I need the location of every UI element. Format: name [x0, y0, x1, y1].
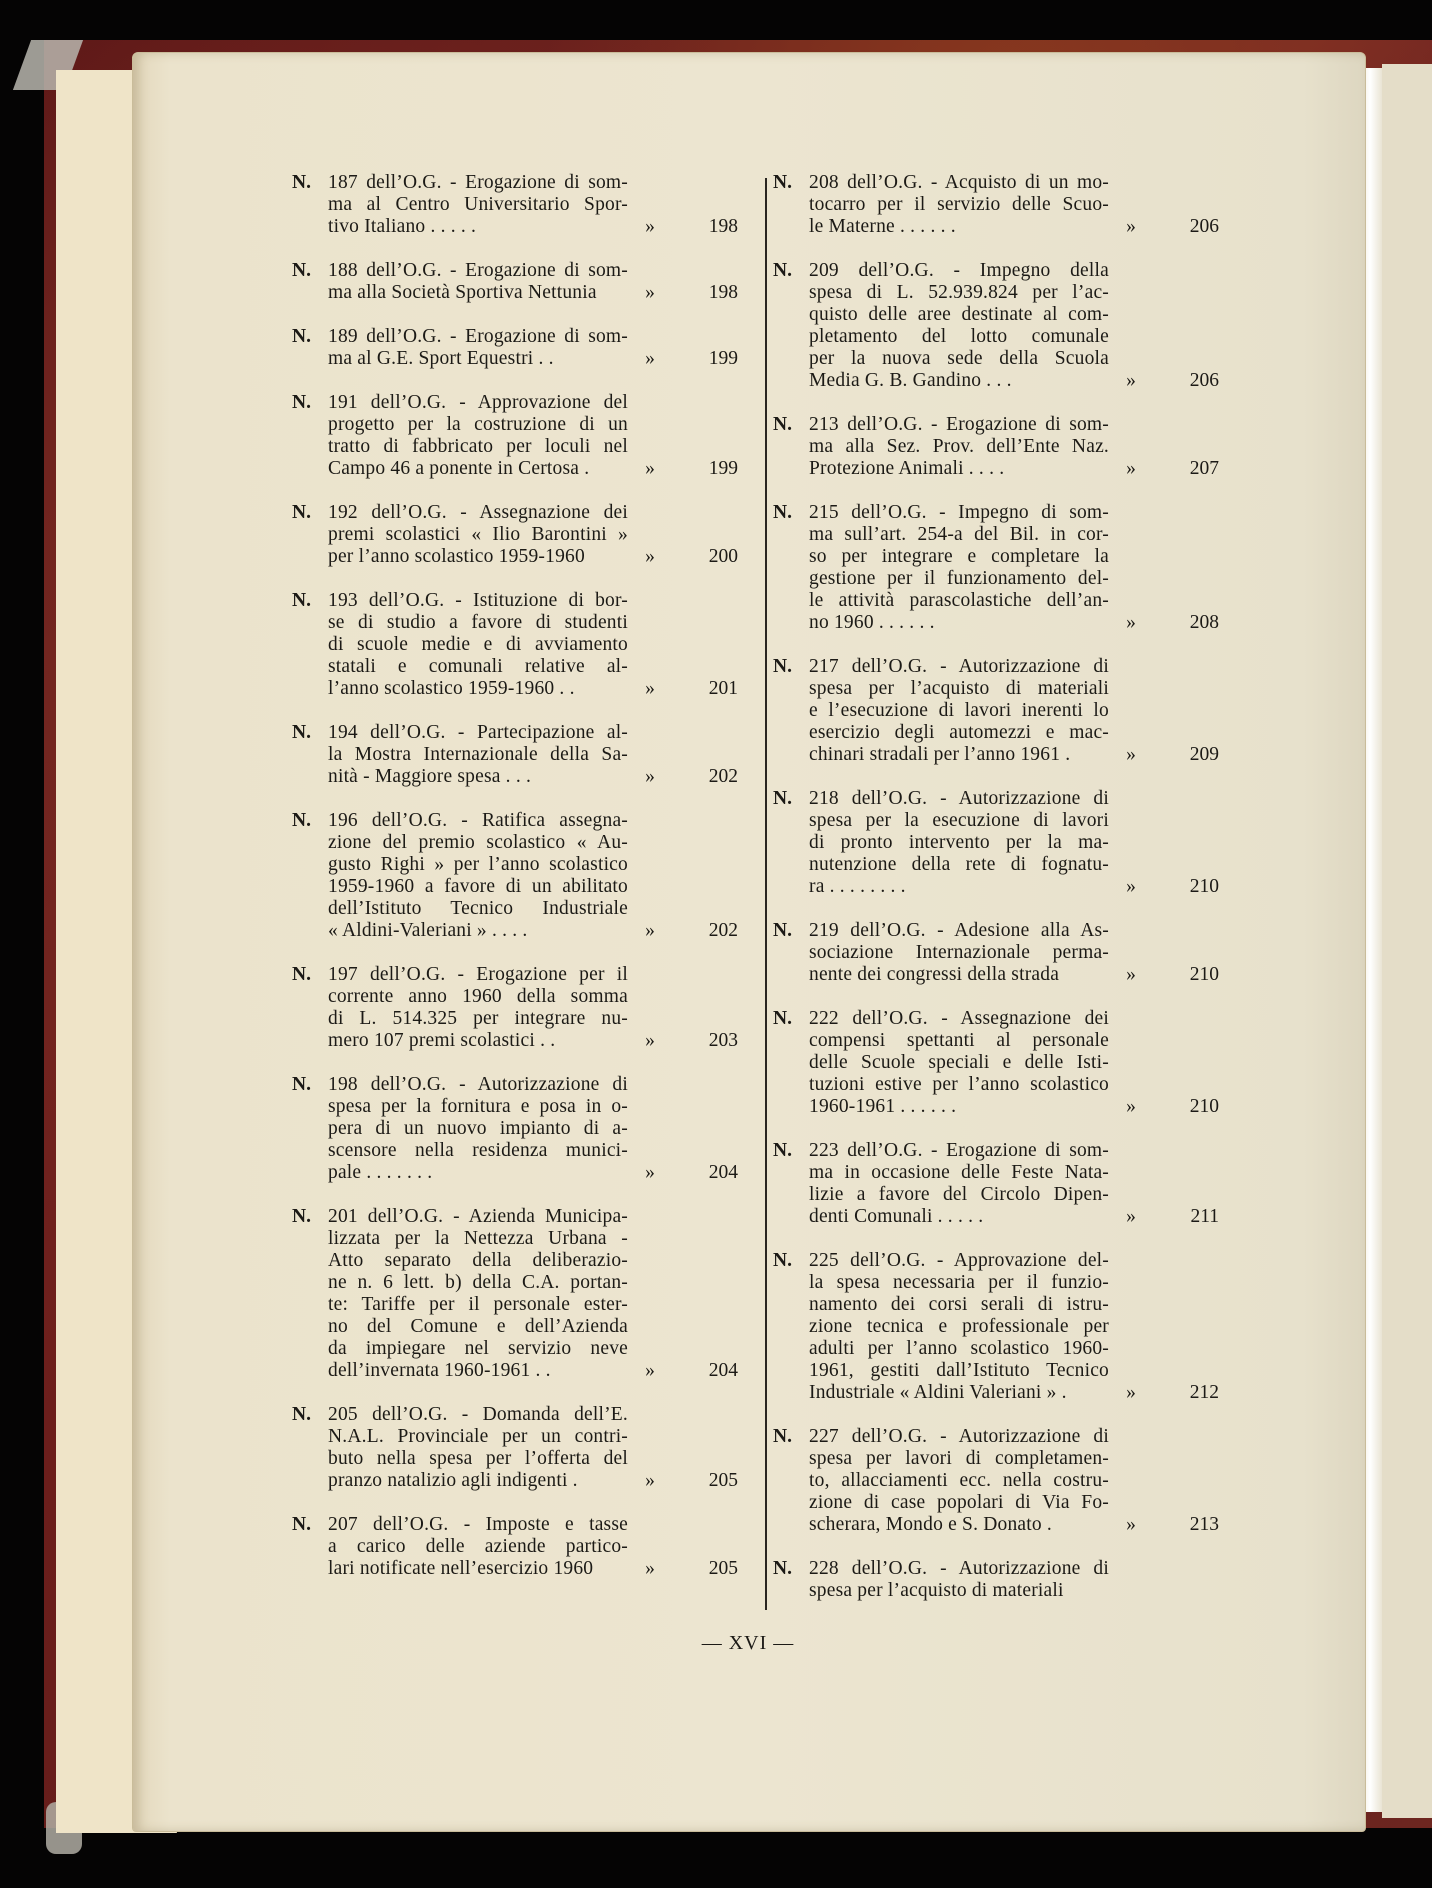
- entry-line: pale . . . . . . .: [328, 1162, 628, 1184]
- entry-line: le attività parascolastiche dell’an-: [809, 590, 1109, 612]
- entry-description: 215 dell’O.G. - Impegno di som-ma sull’a…: [809, 502, 1109, 634]
- index-entry: N.227 dell’O.G. - Autorizzazione dispesa…: [773, 1426, 1243, 1536]
- entry-line: per l’anno scolastico 1959-1960: [328, 546, 628, 568]
- entry-description: 218 dell’O.G. - Autorizzazione dispesa p…: [809, 788, 1109, 898]
- index-entry: N.207 dell’O.G. - Imposte e tassea caric…: [292, 1514, 762, 1580]
- entry-line: lizzata per la Nettezza Urbana -: [328, 1228, 628, 1250]
- entry-line: to, allacciamenti ecc. nella costru-: [809, 1470, 1109, 1492]
- entry-line: 188 dell’O.G. - Erogazione di som-: [328, 260, 628, 282]
- ditto-mark: »: [628, 348, 672, 370]
- entry-page-number: 210: [1153, 876, 1223, 898]
- index-column-right: N.208 dell’O.G. - Acquisto di un mo-toca…: [773, 172, 1243, 1624]
- entry-description: 189 dell’O.G. - Erogazione di som-ma al …: [328, 326, 628, 370]
- ditto-mark: »: [628, 1470, 672, 1492]
- entry-line: compensi spettanti al personale: [809, 1030, 1109, 1052]
- index-entry: N.189 dell’O.G. - Erogazione di som-ma a…: [292, 326, 762, 370]
- entry-description: 192 dell’O.G. - Assegnazione deipremi sc…: [328, 502, 628, 568]
- entry-line: dell’Istituto Tecnico Industriale: [328, 898, 628, 920]
- entry-line: ma al Centro Universitario Spor-: [328, 194, 628, 216]
- entry-page-number: 210: [1153, 964, 1223, 986]
- index-entry: N.222 dell’O.G. - Assegnazione deicompen…: [773, 1008, 1243, 1118]
- entry-page-number: 206: [1153, 216, 1223, 238]
- index-entry: N.205 dell’O.G. - Domanda dell’E.N.A.L. …: [292, 1404, 762, 1492]
- index-entry: N.197 dell’O.G. - Erogazione per ilcorre…: [292, 964, 762, 1052]
- ditto-mark: »: [1109, 370, 1153, 392]
- entry-line: te: Tariffe per il personale ester-: [328, 1294, 628, 1316]
- entry-line: 209 dell’O.G. - Impegno della: [809, 260, 1109, 282]
- entry-page-number: 211: [1153, 1206, 1223, 1228]
- entry-line: di pronto intervento per la ma-: [809, 832, 1109, 854]
- ditto-mark: »: [1109, 964, 1153, 986]
- entry-line: ma sull’art. 254-a del Bil. in cor-: [809, 524, 1109, 546]
- entry-description: 227 dell’O.G. - Autorizzazione dispesa p…: [809, 1426, 1109, 1536]
- page-folio: — XVI —: [132, 1632, 1364, 1655]
- entry-line: adulti per l’anno scolastico 1960-: [809, 1338, 1109, 1360]
- index-column-left: N.187 dell’O.G. - Erogazione di som-ma a…: [292, 172, 762, 1602]
- ditto-mark: »: [1109, 1382, 1153, 1404]
- entry-line: scensore nella residenza munici-: [328, 1140, 628, 1162]
- entry-number-prefix: N.: [773, 1140, 809, 1228]
- column-divider: [765, 178, 767, 1610]
- entry-number-prefix: N.: [773, 1250, 809, 1404]
- entry-number-prefix: N.: [292, 722, 328, 788]
- entry-description: 208 dell’O.G. - Acquisto di un mo-tocarr…: [809, 172, 1109, 238]
- entry-number-prefix: N.: [292, 590, 328, 700]
- entry-page-number: 199: [672, 348, 742, 370]
- index-entry: N.215 dell’O.G. - Impegno di som-ma sull…: [773, 502, 1243, 634]
- entry-page-number: 198: [672, 282, 742, 304]
- ditto-mark: »: [1109, 744, 1153, 766]
- index-entry: N.198 dell’O.G. - Autorizzazione dispesa…: [292, 1074, 762, 1184]
- entry-line: pera di un nuovo impianto di a-: [328, 1118, 628, 1140]
- entry-number-prefix: N.: [292, 172, 328, 238]
- entry-line: 205 dell’O.G. - Domanda dell’E.: [328, 1404, 628, 1426]
- entry-description: 205 dell’O.G. - Domanda dell’E.N.A.L. Pr…: [328, 1404, 628, 1492]
- entry-line: so per integrare e completare la: [809, 546, 1109, 568]
- entry-page-number: 210: [1153, 1096, 1223, 1118]
- ditto-mark: »: [1109, 1206, 1153, 1228]
- entry-line: statali e comunali relative al-: [328, 656, 628, 678]
- entry-line: zione del premio scolastico « Au-: [328, 832, 628, 854]
- entry-line: pranzo natalizio agli indigenti .: [328, 1470, 628, 1492]
- entry-page-number: 205: [672, 1470, 742, 1492]
- entry-line: 208 dell’O.G. - Acquisto di un mo-: [809, 172, 1109, 194]
- index-entry: N.187 dell’O.G. - Erogazione di som-ma a…: [292, 172, 762, 238]
- ditto-mark: »: [628, 920, 672, 942]
- entry-line: mero 107 premi scolastici . .: [328, 1030, 628, 1052]
- entry-line: delle Scuole speciali e delle Isti-: [809, 1052, 1109, 1074]
- entry-number-prefix: N.: [773, 1558, 809, 1602]
- entry-line: 194 dell’O.G. - Partecipazione al-: [328, 722, 628, 744]
- entry-number-prefix: N.: [773, 172, 809, 238]
- entry-description: 193 dell’O.G. - Istituzione di bor-se di…: [328, 590, 628, 700]
- entry-line: l’anno scolastico 1959-1960 . .: [328, 678, 628, 700]
- entry-page-number: 198: [672, 216, 742, 238]
- entry-line: zione tecnica e professionale per: [809, 1316, 1109, 1338]
- entry-description: 223 dell’O.G. - Erogazione di som-ma in …: [809, 1140, 1109, 1228]
- entry-description: 217 dell’O.G. - Autorizzazione dispesa p…: [809, 656, 1109, 766]
- entry-line: le Materne . . . . . .: [809, 216, 1109, 238]
- entry-line: zione di case popolari di Via Fo-: [809, 1492, 1109, 1514]
- entry-line: dell’invernata 1960-1961 . .: [328, 1360, 628, 1382]
- entry-line: 196 dell’O.G. - Ratifica assegna-: [328, 810, 628, 832]
- entry-line: 189 dell’O.G. - Erogazione di som-: [328, 326, 628, 348]
- entry-line: 1961, gestiti dall’Istituto Tecnico: [809, 1360, 1109, 1382]
- entry-line: no del Comune e dell’Azienda: [328, 1316, 628, 1338]
- ditto-mark: »: [1109, 1514, 1153, 1536]
- entry-line: Atto separato della deliberazio-: [328, 1250, 628, 1272]
- index-entry: N.223 dell’O.G. - Erogazione di som-ma i…: [773, 1140, 1243, 1228]
- entry-line: spesa per la fornitura e posa in o-: [328, 1096, 628, 1118]
- ditto-mark: »: [628, 678, 672, 700]
- entry-line: tuzioni estive per l’anno scolastico: [809, 1074, 1109, 1096]
- entry-line: ma alla Società Sportiva Nettunia: [328, 282, 628, 304]
- entry-line: premi scolastici « Ilio Barontini »: [328, 524, 628, 546]
- index-entry: N.219 dell’O.G. - Adesione alla As-socia…: [773, 920, 1243, 986]
- entry-line: ra . . . . . . . .: [809, 876, 1109, 898]
- entry-page-number: 200: [672, 546, 742, 568]
- entry-line: namento dei corsi serali di istru-: [809, 1294, 1109, 1316]
- entry-description: 188 dell’O.G. - Erogazione di som-ma all…: [328, 260, 628, 304]
- entry-line: ma al G.E. Sport Equestri . .: [328, 348, 628, 370]
- entry-line: 191 dell’O.G. - Approvazione del: [328, 392, 628, 414]
- entry-page-number: 205: [672, 1558, 742, 1580]
- entry-line: 1960-1961 . . . . . .: [809, 1096, 1109, 1118]
- entry-line: 187 dell’O.G. - Erogazione di som-: [328, 172, 628, 194]
- index-entry: N.194 dell’O.G. - Partecipazione al-la M…: [292, 722, 762, 788]
- entry-page-number: 199: [672, 458, 742, 480]
- ditto-mark: »: [628, 458, 672, 480]
- entry-line: 222 dell’O.G. - Assegnazione dei: [809, 1008, 1109, 1030]
- entry-line: tocarro per il servizio delle Scuo-: [809, 194, 1109, 216]
- entry-line: N.A.L. Provinciale per un contri-: [328, 1426, 628, 1448]
- ditto-mark: »: [1109, 876, 1153, 898]
- entry-line: da impiegare nel servizio neve: [328, 1338, 628, 1360]
- entry-page-number: 204: [672, 1162, 742, 1184]
- entry-page-number: 207: [1153, 458, 1223, 480]
- entry-line: quisto delle aree destinate al com-: [809, 304, 1109, 326]
- entry-number-prefix: N.: [773, 920, 809, 986]
- index-entry: N.192 dell’O.G. - Assegnazione deipremi …: [292, 502, 762, 568]
- entry-description: 209 dell’O.G. - Impegno dellaspesa di L.…: [809, 260, 1109, 392]
- entry-number-prefix: N.: [292, 1404, 328, 1492]
- ditto-mark: »: [1109, 612, 1153, 634]
- entry-page-number: 206: [1153, 370, 1223, 392]
- index-entry: N.201 dell’O.G. - Azienda Municipa-lizza…: [292, 1206, 762, 1382]
- entry-line: « Aldini-Valeriani » . . . .: [328, 920, 628, 942]
- entry-line: a carico delle aziende partico-: [328, 1536, 628, 1558]
- index-entry: N.193 dell’O.G. - Istituzione di bor-se …: [292, 590, 762, 700]
- entry-line: 218 dell’O.G. - Autorizzazione di: [809, 788, 1109, 810]
- entry-number-prefix: N.: [292, 260, 328, 304]
- entry-description: 213 dell’O.G. - Erogazione di som-ma all…: [809, 414, 1109, 480]
- entry-line: di L. 514.325 per integrare nu-: [328, 1008, 628, 1030]
- entry-line: sociazione Internazionale perma-: [809, 942, 1109, 964]
- entry-line: 201 dell’O.G. - Azienda Municipa-: [328, 1206, 628, 1228]
- index-entry: N.228 dell’O.G. - Autorizzazione dispesa…: [773, 1558, 1243, 1602]
- entry-description: 187 dell’O.G. - Erogazione di som-ma al …: [328, 172, 628, 238]
- entry-number-prefix: N.: [292, 810, 328, 942]
- entry-line: 228 dell’O.G. - Autorizzazione di: [809, 1558, 1109, 1580]
- entry-line: Industriale « Aldini Valeriani » .: [809, 1382, 1109, 1404]
- ditto-mark: »: [628, 546, 672, 568]
- ditto-mark: »: [628, 282, 672, 304]
- index-entry: N.209 dell’O.G. - Impegno dellaspesa di …: [773, 260, 1243, 392]
- entry-line: di scuole medie e di avviamento: [328, 634, 628, 656]
- entry-description: 191 dell’O.G. - Approvazione delprogetto…: [328, 392, 628, 480]
- entry-number-prefix: N.: [292, 1514, 328, 1580]
- entry-number-prefix: N.: [773, 1008, 809, 1118]
- entry-number-prefix: N.: [773, 1426, 809, 1536]
- entry-description: 222 dell’O.G. - Assegnazione deicompensi…: [809, 1008, 1109, 1118]
- entry-line: progetto per la costruzione di un: [328, 414, 628, 436]
- entry-number-prefix: N.: [292, 1206, 328, 1382]
- entry-line: 227 dell’O.G. - Autorizzazione di: [809, 1426, 1109, 1448]
- entry-line: denti Comunali . . . . .: [809, 1206, 1109, 1228]
- entry-number-prefix: N.: [773, 260, 809, 392]
- ditto-mark: »: [628, 216, 672, 238]
- entry-line: spesa di L. 52.939.824 per l’ac-: [809, 282, 1109, 304]
- entry-line: corrente anno 1960 della somma: [328, 986, 628, 1008]
- entry-description: 207 dell’O.G. - Imposte e tassea carico …: [328, 1514, 628, 1580]
- entry-line: esercizio degli automezzi e mac-: [809, 722, 1109, 744]
- entry-line: chinari stradali per l’anno 1961 .: [809, 744, 1109, 766]
- entry-line: 192 dell’O.G. - Assegnazione dei: [328, 502, 628, 524]
- entry-page-number: 204: [672, 1360, 742, 1382]
- entry-line: 193 dell’O.G. - Istituzione di bor-: [328, 590, 628, 612]
- entry-line: spesa per lavori di completamen-: [809, 1448, 1109, 1470]
- entry-description: 196 dell’O.G. - Ratifica assegna-zione d…: [328, 810, 628, 942]
- entry-line: 198 dell’O.G. - Autorizzazione di: [328, 1074, 628, 1096]
- index-entry: N.217 dell’O.G. - Autorizzazione dispesa…: [773, 656, 1243, 766]
- entry-line: nità - Maggiore spesa . . .: [328, 766, 628, 788]
- entry-line: no 1960 . . . . . .: [809, 612, 1109, 634]
- entry-line: la Mostra Internazionale della Sa-: [328, 744, 628, 766]
- facing-page-edge: [1382, 64, 1432, 1818]
- entry-line: 1959-1960 a favore di un abilitato: [328, 876, 628, 898]
- ditto-mark: »: [628, 1162, 672, 1184]
- ditto-mark: »: [628, 1030, 672, 1052]
- entry-description: 198 dell’O.G. - Autorizzazione dispesa p…: [328, 1074, 628, 1184]
- entry-line: spesa per l’acquisto di materiali: [809, 1580, 1109, 1602]
- entry-description: 219 dell’O.G. - Adesione alla As-sociazi…: [809, 920, 1109, 986]
- index-entry: N.188 dell’O.G. - Erogazione di som-ma a…: [292, 260, 762, 304]
- entry-number-prefix: N.: [773, 656, 809, 766]
- entry-description: 194 dell’O.G. - Partecipazione al-la Mos…: [328, 722, 628, 788]
- index-entry: N.218 dell’O.G. - Autorizzazione dispesa…: [773, 788, 1243, 898]
- entry-page-number: 213: [1153, 1514, 1223, 1536]
- entry-line: gestione per il funzionamento del-: [809, 568, 1109, 590]
- entry-line: pletamento del lotto comunale: [809, 326, 1109, 348]
- entry-line: 217 dell’O.G. - Autorizzazione di: [809, 656, 1109, 678]
- ditto-mark: »: [628, 766, 672, 788]
- entry-description: 201 dell’O.G. - Azienda Municipa-lizzata…: [328, 1206, 628, 1382]
- entry-line: ma alla Sez. Prov. dell’Ente Naz.: [809, 436, 1109, 458]
- entry-line: 215 dell’O.G. - Impegno di som-: [809, 502, 1109, 524]
- entry-page-number: 202: [672, 766, 742, 788]
- index-entry: N.213 dell’O.G. - Erogazione di som-ma a…: [773, 414, 1243, 480]
- entry-line: nutenzione della rete di fognatu-: [809, 854, 1109, 876]
- entry-number-prefix: N.: [292, 392, 328, 480]
- entry-description: 225 dell’O.G. - Approvazione del-la spes…: [809, 1250, 1109, 1404]
- entry-number-prefix: N.: [292, 964, 328, 1052]
- entry-number-prefix: N.: [292, 326, 328, 370]
- entry-line: 225 dell’O.G. - Approvazione del-: [809, 1250, 1109, 1272]
- entry-line: spesa per l’acquisto di materiali: [809, 678, 1109, 700]
- entry-number-prefix: N.: [773, 414, 809, 480]
- entry-line: ne n. 6 lett. b) della C.A. portan-: [328, 1272, 628, 1294]
- entry-line: Campo 46 a ponente in Certosa .: [328, 458, 628, 480]
- entry-line: per la nuova sede della Scuola: [809, 348, 1109, 370]
- entry-line: 207 dell’O.G. - Imposte e tasse: [328, 1514, 628, 1536]
- entry-line: buto nella spesa per l’offerta del: [328, 1448, 628, 1470]
- entry-line: tratto di fabbricato per loculi nel: [328, 436, 628, 458]
- entry-line: 219 dell’O.G. - Adesione alla As-: [809, 920, 1109, 942]
- entry-line: gusto Righi » per l’anno scolastico: [328, 854, 628, 876]
- entry-number-prefix: N.: [292, 1074, 328, 1184]
- entry-description: 228 dell’O.G. - Autorizzazione dispesa p…: [809, 1558, 1109, 1602]
- entry-line: ma in occasione delle Feste Nata-: [809, 1162, 1109, 1184]
- entry-page-number: 208: [1153, 612, 1223, 634]
- index-entry: N.225 dell’O.G. - Approvazione del-la sp…: [773, 1250, 1243, 1404]
- entry-page-number: 209: [1153, 744, 1223, 766]
- ditto-mark: »: [1109, 216, 1153, 238]
- ditto-mark: »: [628, 1558, 672, 1580]
- entry-number-prefix: N.: [773, 502, 809, 634]
- entry-number-prefix: N.: [292, 502, 328, 568]
- entry-line: scherara, Mondo e S. Donato .: [809, 1514, 1109, 1536]
- index-entry: N.191 dell’O.G. - Approvazione delproget…: [292, 392, 762, 480]
- ditto-mark: »: [1109, 1096, 1153, 1118]
- entry-line: lizie a favore del Circolo Dipen-: [809, 1184, 1109, 1206]
- entry-line: tivo Italiano . . . . .: [328, 216, 628, 238]
- entry-page-number: 201: [672, 678, 742, 700]
- entry-line: 223 dell’O.G. - Erogazione di som-: [809, 1140, 1109, 1162]
- entry-line: 213 dell’O.G. - Erogazione di som-: [809, 414, 1109, 436]
- ditto-mark: »: [1109, 458, 1153, 480]
- entry-line: Protezione Animali . . . .: [809, 458, 1109, 480]
- entry-page-number: 202: [672, 920, 742, 942]
- entry-page-number: 212: [1153, 1382, 1223, 1404]
- entry-line: spesa per la esecuzione di lavori: [809, 810, 1109, 832]
- entry-number-prefix: N.: [773, 788, 809, 898]
- entry-line: 197 dell’O.G. - Erogazione per il: [328, 964, 628, 986]
- entry-line: se di studio a favore di studenti: [328, 612, 628, 634]
- entry-line: e l’esecuzione di lavori inerenti lo: [809, 700, 1109, 722]
- entry-line: lari notificate nell’esercizio 1960: [328, 1558, 628, 1580]
- entry-description: 197 dell’O.G. - Erogazione per ilcorrent…: [328, 964, 628, 1052]
- entry-page-number: 203: [672, 1030, 742, 1052]
- index-entry: N.208 dell’O.G. - Acquisto di un mo-toca…: [773, 172, 1243, 238]
- entry-line: la spesa necessaria per il funzio-: [809, 1272, 1109, 1294]
- entry-line: Media G. B. Gandino . . .: [809, 370, 1109, 392]
- index-entry: N.196 dell’O.G. - Ratifica assegna-zione…: [292, 810, 762, 942]
- ditto-mark: »: [628, 1360, 672, 1382]
- entry-line: nente dei congressi della strada: [809, 964, 1109, 986]
